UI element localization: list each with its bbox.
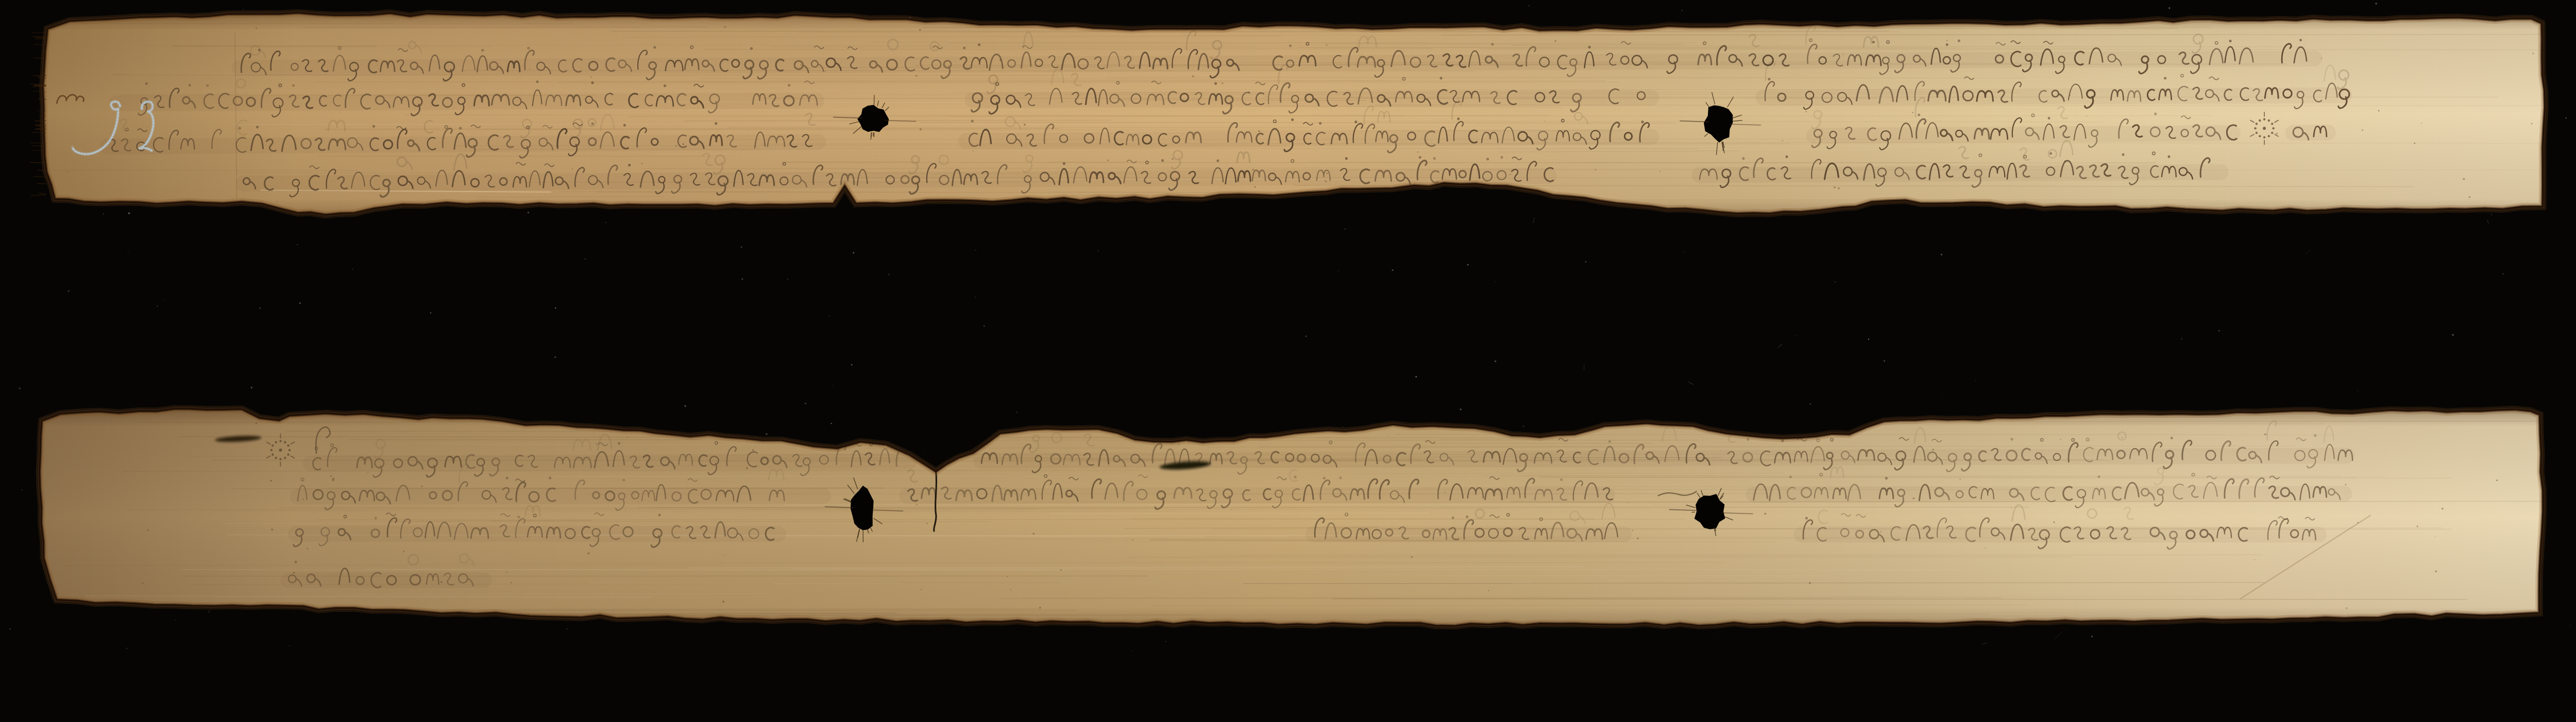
dust-speck [157,305,158,307]
dust-speck [2181,338,2182,339]
line-shadow-band [966,137,1651,141]
dust-speck [1016,411,1018,413]
dust-speck [294,612,295,613]
dust-speck [853,252,854,253]
dust-speck [741,278,743,280]
dust-speck [766,433,768,435]
dust-speck [1884,360,1885,362]
bottom-leaf [36,404,2576,629]
dust-speck [297,244,298,245]
dust-speck [605,222,606,224]
dust-speck [243,9,244,10]
dust-speck [2375,3,2377,5]
dust-speck [1717,638,1717,639]
dust-speck [1165,641,1166,642]
dust-speck [1415,376,1417,377]
dust-speck [741,246,742,248]
dust-speck [2570,625,2570,626]
dust-speck [975,250,976,251]
photo-stage [0,0,2576,652]
dust-speck [851,364,852,365]
dust-speck [127,252,129,254]
dust-speck [299,302,301,304]
dust-speck [2502,273,2504,274]
dust-speck [1941,253,1943,255]
dust-speck [2091,636,2093,638]
dust-speck [175,620,176,621]
dust-speck [2329,235,2329,235]
dust-speck [128,212,130,214]
dust-speck [1942,394,1943,396]
dust-speck [832,385,833,386]
dust-speck [1460,408,1461,410]
dust-speck [430,312,432,314]
line-shadow-band [1754,494,2345,495]
dust-speck [1523,425,1524,427]
dust-speck [924,451,924,451]
leaf-surface [39,9,2576,219]
dust-speck [975,297,976,298]
dust-speck [9,628,11,630]
line-shadow-band [981,456,2347,461]
dust-speck [2527,237,2528,238]
dust-speck [2326,353,2327,353]
dust-speck [67,290,69,291]
dust-speck [1495,360,1496,362]
dust-speck [1392,269,1393,271]
dust-speck [555,307,556,309]
dust-speck [19,387,21,389]
dust-speck [888,274,890,276]
dust-speck [1215,254,1216,255]
line-shadow-band [973,98,1651,100]
dust-speck [528,212,529,213]
dust-speck [1305,335,1307,337]
dust-speck [585,259,586,260]
dust-speck [2565,117,2567,118]
dust-speck [831,423,832,424]
dust-speck [1344,228,1346,230]
dust-speck [2218,330,2220,332]
dust-speck [251,387,252,388]
dust-speck [2358,390,2358,391]
top-leaf [30,9,2576,219]
dust-speck [126,648,127,649]
hole-fiber [874,95,874,106]
dust-speck [1975,381,1976,381]
dust-speck [1131,650,1132,651]
dust-speck [2452,334,2453,336]
dust-speck [1835,281,1836,282]
manuscript-photo [0,0,2576,652]
dust-speck [1467,264,1469,265]
dust-speck [1343,426,1344,427]
dust-speck [21,489,22,490]
dust-speck [805,403,806,404]
dust-speck [787,278,788,280]
dust-speck [554,356,556,358]
dust-speck [1795,335,1797,336]
dust-speck [566,628,568,630]
dust-speck [1585,261,1587,263]
dust-speck [1682,10,1683,11]
dust-speck [984,325,985,327]
dust-speck [289,645,290,646]
leaf-surface [36,404,2576,629]
line-shadow-band [108,142,818,147]
dust-speck [1810,404,1811,405]
line-shadow-band [1700,172,2221,175]
dust-speck [1528,5,1530,7]
dust-speck [259,307,261,309]
dust-speck [841,409,842,410]
dust-speck [164,300,164,300]
dust-speck [829,316,830,317]
dust-speck [352,269,353,270]
dust-speck [2491,214,2492,215]
dust-speck [37,3,37,3]
dust-speck [1097,250,1098,251]
dust-speck [1868,338,1870,340]
dust-speck [826,336,827,337]
dust-speck [1495,281,1496,282]
line-shadow-band [243,176,1549,184]
dust-speck [103,213,104,214]
dust-speck [2168,7,2170,9]
dust-speck [684,405,686,407]
dust-speck [1594,408,1595,409]
